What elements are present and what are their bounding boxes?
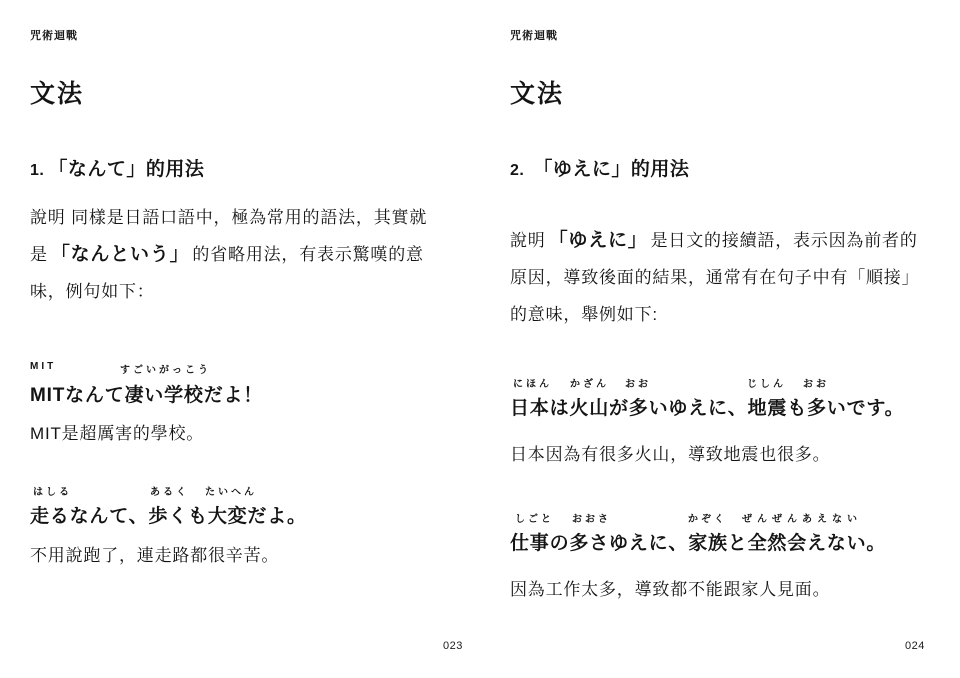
explanation-line-2: 原因，導致後面的結果，通常有在句子中有「順接」 — [510, 268, 919, 288]
section-number: 2. — [510, 162, 524, 179]
explanation-line-3: 的意味，舉例如下: — [510, 305, 658, 325]
example-sentence: 仕事の多さゆえに、家族と全然会えない。 — [510, 528, 886, 555]
explanation-text: 的省略用法，有表示驚嘆的意 — [192, 245, 423, 264]
furigana: ぜんぜんあえない — [742, 510, 862, 525]
grammar-term: 「なんという」 — [51, 244, 190, 265]
section-title: 「ゆえに」的用法 — [533, 159, 689, 180]
page-left: 咒術迴戰 文法 1.「なんて」的用法 說明 同樣是日語口語中，極為常用的語法，其… — [0, 0, 480, 678]
furigana-row: はしる あるく たいへん — [30, 483, 460, 496]
example-sentence: 走るなんて、歩くも大変だよ。 — [30, 501, 307, 528]
furigana: じしん — [747, 375, 786, 390]
explanation-text: 是日文的接續語，表示因為前者的 — [651, 231, 918, 250]
page-right: 咒術迴戰 文法 2.「ゆえに」的用法 說明「ゆえに」是日文的接續語，表示因為前者… — [480, 0, 960, 678]
explanation-text: 味，例句如下： — [30, 282, 155, 301]
book-spread: 咒術迴戰 文法 1.「なんて」的用法 說明 同樣是日語口語中，極為常用的語法，其… — [0, 0, 960, 678]
explanation-text: 原因，導致後面的結果，通常有在句子中有「順接」 — [510, 268, 919, 287]
explanation-line-3: 味，例句如下： — [30, 282, 155, 302]
furigana: すごいがっこう — [120, 361, 211, 376]
furigana: にほん — [513, 375, 552, 390]
explanation-line-2: 是「なんという」的省略用法，有表示驚嘆的意 — [30, 245, 424, 265]
explanation-text: 說明 — [510, 231, 546, 250]
explanation-line-1: 說明 同樣是日語口語中，極為常用的語法，其實就 — [30, 208, 427, 228]
example-translation: 日本因為有很多火山，導致地震也很多。 — [510, 440, 830, 465]
explanation-text: 是 — [30, 245, 48, 264]
furigana: あるく — [150, 483, 189, 498]
book-title: 咒術迴戰 — [30, 27, 78, 43]
section-number: 1. — [30, 162, 44, 179]
furigana: MIT — [30, 361, 56, 372]
explanation-line-1: 說明「ゆえに」是日文的接續語，表示因為前者的 — [510, 231, 918, 251]
furigana-row: MIT すごいがっこう — [30, 361, 460, 374]
page-title: 文法 — [30, 74, 84, 110]
section-title: 「なんて」的用法 — [48, 159, 204, 180]
example-sentence: 日本は火山が多いゆえに、地震も多いです。 — [510, 393, 904, 420]
example-translation: 因為工作太多，導致都不能跟家人見面。 — [510, 575, 830, 600]
furigana: しごと — [515, 510, 554, 525]
example-translation: 不用說跑了，連走路都很辛苦。 — [30, 541, 279, 566]
furigana: かぞく — [688, 510, 727, 525]
furigana: おお — [803, 375, 829, 390]
furigana-row: しごと おおさ かぞく ぜんぜんあえない — [510, 510, 940, 523]
grammar-term: 「ゆえに」 — [549, 230, 648, 251]
book-title: 咒術迴戰 — [510, 27, 558, 43]
explanation-text: 的意味，舉例如下: — [510, 305, 658, 324]
furigana: はしる — [33, 483, 72, 498]
page-title: 文法 — [510, 74, 564, 110]
furigana: おおさ — [572, 510, 611, 525]
example-translation: MIT是超厲害的學校。 — [30, 419, 204, 444]
explanation-text: 說明 同樣是日語口語中，極為常用的語法，其實就 — [30, 208, 427, 227]
page-number: 024 — [905, 640, 925, 652]
furigana: おお — [625, 375, 651, 390]
furigana: かざん — [570, 375, 609, 390]
example-sentence: MITなんて凄い学校だよ！ — [30, 380, 263, 407]
page-number: 023 — [443, 640, 463, 652]
section-heading: 2.「ゆえに」的用法 — [510, 154, 689, 181]
section-heading: 1.「なんて」的用法 — [30, 154, 204, 181]
furigana-row: にほん かざん おお じしん おお — [510, 375, 940, 388]
furigana: たいへん — [205, 483, 257, 498]
